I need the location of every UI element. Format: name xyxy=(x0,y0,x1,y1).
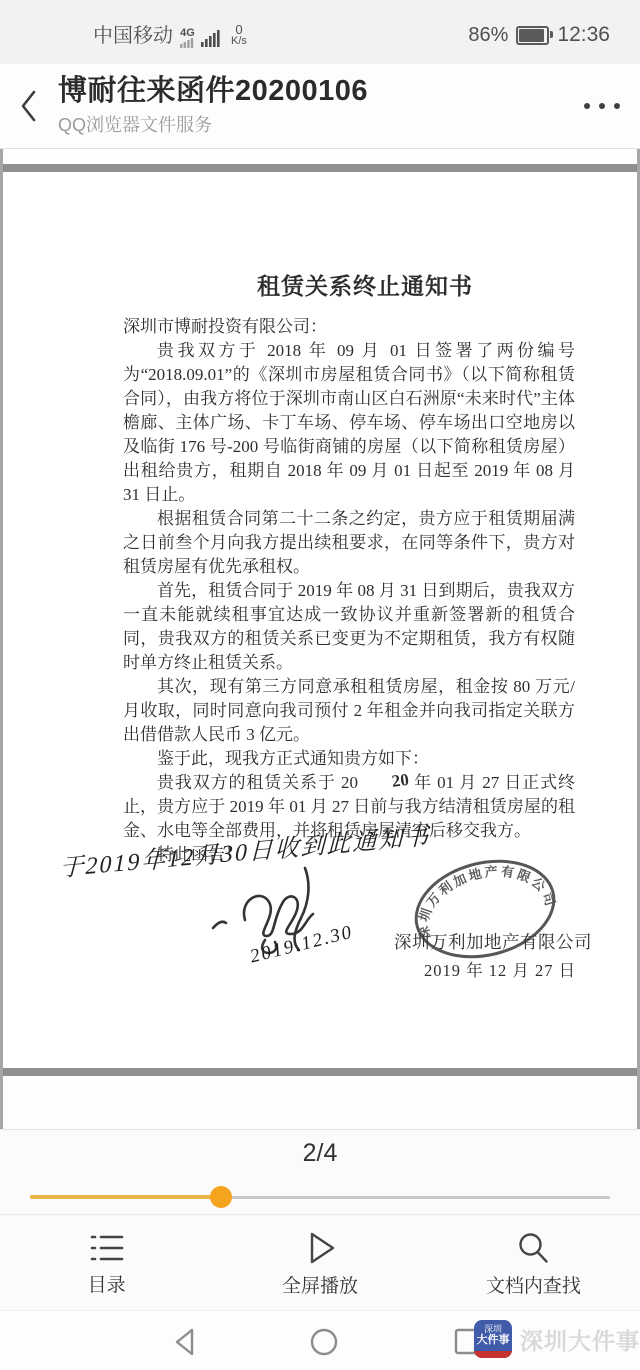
badge-line1: 深圳 xyxy=(484,1324,502,1334)
page-separator xyxy=(3,164,637,172)
news-app-badge-icon: 深圳 大件事 xyxy=(474,1320,512,1358)
phone-screen: 中国移动 4G 0 K/s 86% 12:36 xyxy=(0,0,640,1370)
chevron-left-icon xyxy=(19,89,39,123)
badge-red-strip xyxy=(474,1351,512,1358)
toc-label: 目录 xyxy=(88,1270,126,1297)
signal-bars-sim1-icon xyxy=(180,38,195,48)
android-nav-bar: 深圳 大件事 深圳大件事 xyxy=(0,1310,640,1370)
badge-line2: 大件事 xyxy=(477,1334,510,1347)
network-speed: 0 K/s xyxy=(231,23,247,47)
doc-paragraph: 其次，现有第三方同意承租租赁房屋，租金按 80 万元/月收取，同时同意向我司预付… xyxy=(123,675,575,747)
doc-paragraph: 根据租赁合同第二十二条之约定，贵方应于租赁期届满之日前叁个月向我方提出续租要求，… xyxy=(123,507,575,579)
more-dots-icon xyxy=(584,103,590,109)
signal-bars-icon xyxy=(201,29,221,47)
doc-paragraph: 贵我双方于 2018 年 09 月 01 日签署了两份编号为“2018.09.0… xyxy=(123,339,575,507)
network-type-label: 4G xyxy=(180,28,195,38)
app-header: 博耐往来函件20200106 QQ浏览器文件服务 xyxy=(0,64,640,149)
fullscreen-play-label: 全屏播放 xyxy=(282,1271,358,1298)
clock-label: 12:36 xyxy=(557,23,610,47)
company-seal-stamp-icon: 深圳万利加地产有限公司 xyxy=(399,850,571,968)
network-badge: 4G xyxy=(180,28,195,48)
document-addressee: 深圳市博耐投资有限公司： xyxy=(123,315,575,339)
search-icon xyxy=(515,1230,551,1266)
speed-unit: K/s xyxy=(231,36,247,47)
document-toolbar: 目录 全屏播放 文档内查找 xyxy=(0,1214,640,1311)
handwritten-year-correction: 20 xyxy=(357,768,411,798)
page-indicator: 2/4 xyxy=(0,1130,640,1168)
page-separator xyxy=(3,1068,637,1076)
fullscreen-play-button[interactable]: 全屏播放 xyxy=(213,1215,426,1311)
nav-back-button[interactable] xyxy=(172,1327,198,1357)
status-bar-left: 中国移动 4G 0 K/s xyxy=(93,23,247,47)
play-icon xyxy=(302,1230,338,1266)
document-title: 租赁关系终止通知书 xyxy=(139,268,591,301)
find-in-document-label: 文档内查找 xyxy=(486,1271,581,1298)
previous-page-edge xyxy=(3,149,637,164)
news-watermark: 深圳 大件事 深圳大件事 xyxy=(474,1320,640,1358)
page-slider[interactable] xyxy=(30,1186,610,1208)
status-bar: 中国移动 4G 0 K/s 86% 12:36 xyxy=(0,0,640,64)
back-button[interactable] xyxy=(0,89,58,123)
next-page-edge xyxy=(3,1076,637,1130)
nav-home-button[interactable] xyxy=(309,1327,339,1357)
doc-paragraph: 鉴于此，现我方正式通知贵方如下： xyxy=(123,747,575,771)
document-file-title: 博耐往来函件20200106 xyxy=(58,75,564,108)
find-in-document-button[interactable]: 文档内查找 xyxy=(427,1215,640,1311)
battery-percent-label: 86% xyxy=(468,24,508,47)
status-bar-right: 86% 12:36 xyxy=(468,23,610,47)
document-viewport[interactable]: 租赁关系终止通知书 深圳市博耐投资有限公司： 贵我双方于 2018 年 09 月… xyxy=(0,149,640,1130)
toc-button[interactable]: 目录 xyxy=(0,1215,213,1311)
page-controls-panel: 2/4 xyxy=(0,1130,640,1214)
toc-icon xyxy=(88,1231,126,1265)
page-slider-thumb[interactable] xyxy=(210,1186,232,1208)
doc-paragraph: 首先，租赁合同于 2019 年 08 月 31 日到期后，贵我双方一直未能就续租… xyxy=(123,579,575,675)
header-titles: 博耐往来函件20200106 QQ浏览器文件服务 xyxy=(58,75,564,137)
page-slider-fill xyxy=(30,1195,221,1199)
document-page: 租赁关系终止通知书 深圳市博耐投资有限公司： 贵我双方于 2018 年 09 月… xyxy=(3,172,637,1068)
watermark-text: 深圳大件事 xyxy=(520,1323,640,1356)
more-options-button[interactable] xyxy=(564,103,640,109)
carrier-label: 中国移动 xyxy=(93,25,173,47)
battery-icon xyxy=(516,26,549,45)
file-service-subtitle: QQ浏览器文件服务 xyxy=(58,111,564,137)
